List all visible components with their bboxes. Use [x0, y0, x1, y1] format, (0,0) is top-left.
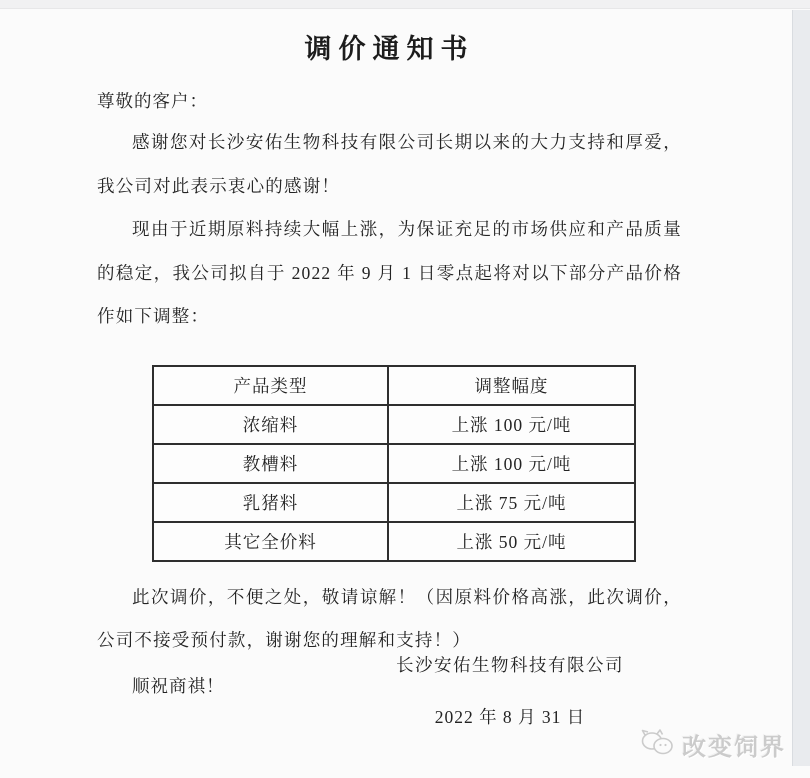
salutation-line: 尊敬的客户：	[97, 88, 682, 113]
watermark: 改变饲界	[639, 727, 786, 762]
table-row: 其它全价料 上涨 50 元/吨	[153, 522, 635, 561]
table-header-row: 产品类型 调整幅度	[153, 366, 635, 405]
cell-adjustment: 上涨 50 元/吨	[388, 522, 635, 561]
notice-date: 2022 年 8 月 31 日	[320, 704, 700, 729]
header-adjustment: 调整幅度	[388, 366, 635, 405]
table-row: 乳猪料 上涨 75 元/吨	[153, 483, 635, 522]
notice-page: 调价通知书 尊敬的客户： 感谢您对长沙安佑生物科技有限公司长期以来的大力支持和厚…	[0, 0, 810, 778]
page-title: 调价通知书	[97, 27, 682, 66]
cell-product: 其它全价料	[153, 522, 388, 561]
cell-product: 浓缩料	[153, 405, 388, 444]
cell-adjustment: 上涨 75 元/吨	[388, 483, 635, 522]
paragraph-thanks: 感谢您对长沙安佑生物科技有限公司长期以来的大力支持和厚爱，我公司对此表示衷心的感…	[97, 121, 682, 208]
price-adjustment-table: 产品类型 调整幅度 浓缩料 上涨 100 元/吨 教槽料 上涨 100 元/吨 …	[152, 365, 636, 562]
company-signature: 长沙安佑生物科技有限公司	[320, 652, 700, 677]
signature-block: 长沙安佑生物科技有限公司 2022 年 8 月 31 日	[320, 652, 700, 729]
pig-logo-icon	[639, 728, 675, 761]
watermark-label: 改变饲界	[682, 727, 786, 762]
page-right-edge	[792, 10, 810, 766]
cell-product: 教槽料	[153, 444, 388, 483]
paragraph-reason: 现由于近期原料持续大幅上涨，为保证充足的市场供应和产品质量的稳定，我公司拟自于 …	[97, 208, 682, 339]
cell-product: 乳猪料	[153, 483, 388, 522]
cell-adjustment: 上涨 100 元/吨	[388, 444, 635, 483]
table-row: 教槽料 上涨 100 元/吨	[153, 444, 635, 483]
table-row: 浓缩料 上涨 100 元/吨	[153, 405, 635, 444]
cell-adjustment: 上涨 100 元/吨	[388, 405, 635, 444]
paragraph-apology: 此次调价，不便之处，敬请谅解！（因原料价格高涨，此次调价，公司不接受预付款，谢谢…	[97, 576, 682, 663]
page-top-edge	[0, 0, 810, 9]
header-product-type: 产品类型	[153, 366, 388, 405]
